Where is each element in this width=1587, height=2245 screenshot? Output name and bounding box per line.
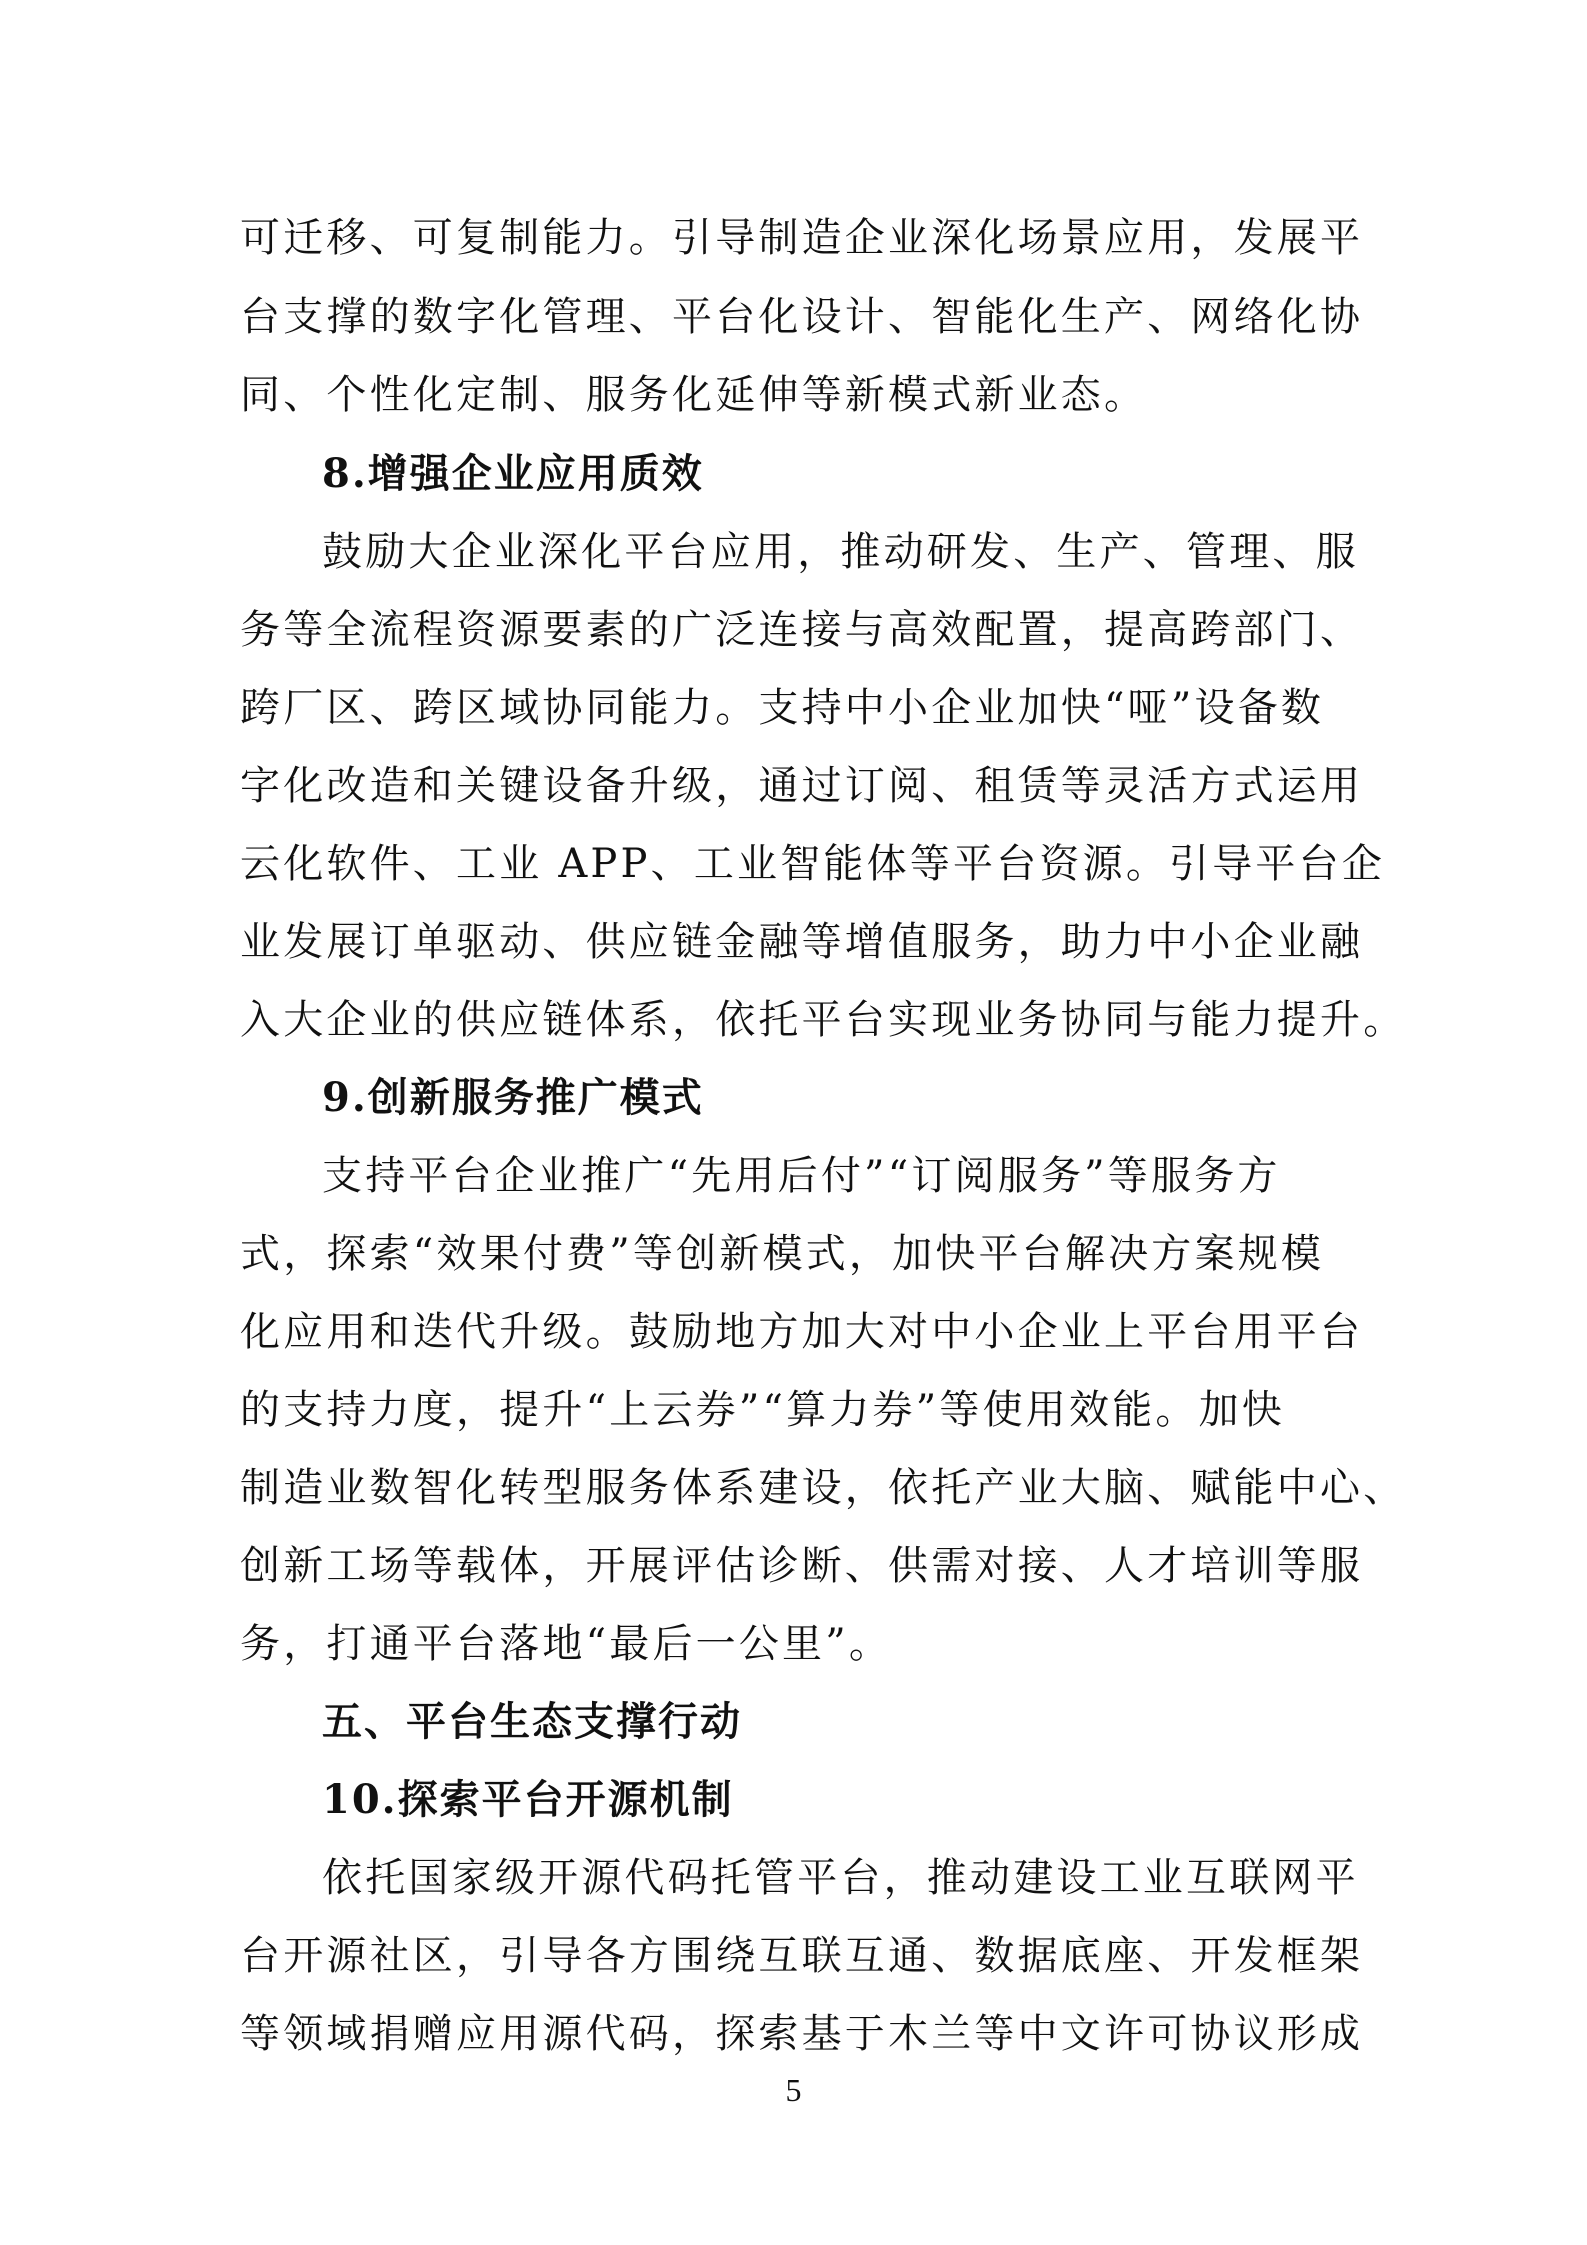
body-text-line: 跨厂区、跨区域协同能力。支持中小企业加快“哑”设备数: [240, 684, 1350, 732]
section-heading-8: 8.增强企业应用质效: [322, 450, 1432, 498]
body-text-line: 台开源社区，引导各方围绕互联互通、数据底座、开发框架: [240, 1932, 1350, 1980]
body-text-line: 入大企业的供应链体系，依托平台实现业务协同与能力提升。: [240, 996, 1350, 1044]
body-text-line: 务，打通平台落地“最后一公里”。: [240, 1620, 1350, 1668]
body-text-line: 同、个性化定制、服务化延伸等新模式新业态。: [240, 371, 1350, 419]
body-text-line: 鼓励大企业深化平台应用，推动研发、生产、管理、服: [322, 528, 1432, 576]
body-text-line: 支持平台企业推广“先用后付”“订阅服务”等服务方: [322, 1152, 1432, 1200]
body-text-line: 式，探索“效果付费”等创新模式，加快平台解决方案规模: [240, 1230, 1350, 1278]
section-heading-10: 10.探索平台开源机制: [322, 1776, 1432, 1824]
body-text-line: 务等全流程资源要素的广泛连接与高效配置，提高跨部门、: [240, 606, 1350, 654]
body-text-line: 云化软件、工业 APP、工业智能体等平台资源。引导平台企: [240, 840, 1350, 888]
chapter-heading-5: 五、平台生态支撑行动: [322, 1698, 1432, 1746]
body-text-line: 字化改造和关键设备升级，通过订阅、租赁等灵活方式运用: [240, 762, 1350, 810]
body-text-line: 业发展订单驱动、供应链金融等增值服务，助力中小企业融: [240, 918, 1350, 966]
body-text-line: 可迁移、可复制能力。引导制造企业深化场景应用，发展平: [240, 214, 1350, 262]
body-text-line: 的支持力度，提升“上云券”“算力券”等使用效能。加快: [240, 1386, 1350, 1434]
page-number: 5: [0, 2072, 1587, 2109]
body-text-line: 依托国家级开源代码托管平台，推动建设工业互联网平: [322, 1854, 1432, 1902]
body-text-line: 台支撑的数字化管理、平台化设计、智能化生产、网络化协: [240, 293, 1350, 341]
body-text-line: 化应用和迭代升级。鼓励地方加大对中小企业上平台用平台: [240, 1308, 1350, 1356]
body-text-line: 制造业数智化转型服务体系建设，依托产业大脑、赋能中心、: [240, 1464, 1350, 1512]
section-heading-9: 9.创新服务推广模式: [322, 1074, 1432, 1122]
body-text-line: 创新工场等载体，开展评估诊断、供需对接、人才培训等服: [240, 1542, 1350, 1590]
body-text-line: 等领域捐赠应用源代码，探索基于木兰等中文许可协议形成: [240, 2010, 1350, 2058]
document-page: 可迁移、可复制能力。引导制造企业深化场景应用，发展平 台支撑的数字化管理、平台化…: [0, 0, 1587, 2245]
